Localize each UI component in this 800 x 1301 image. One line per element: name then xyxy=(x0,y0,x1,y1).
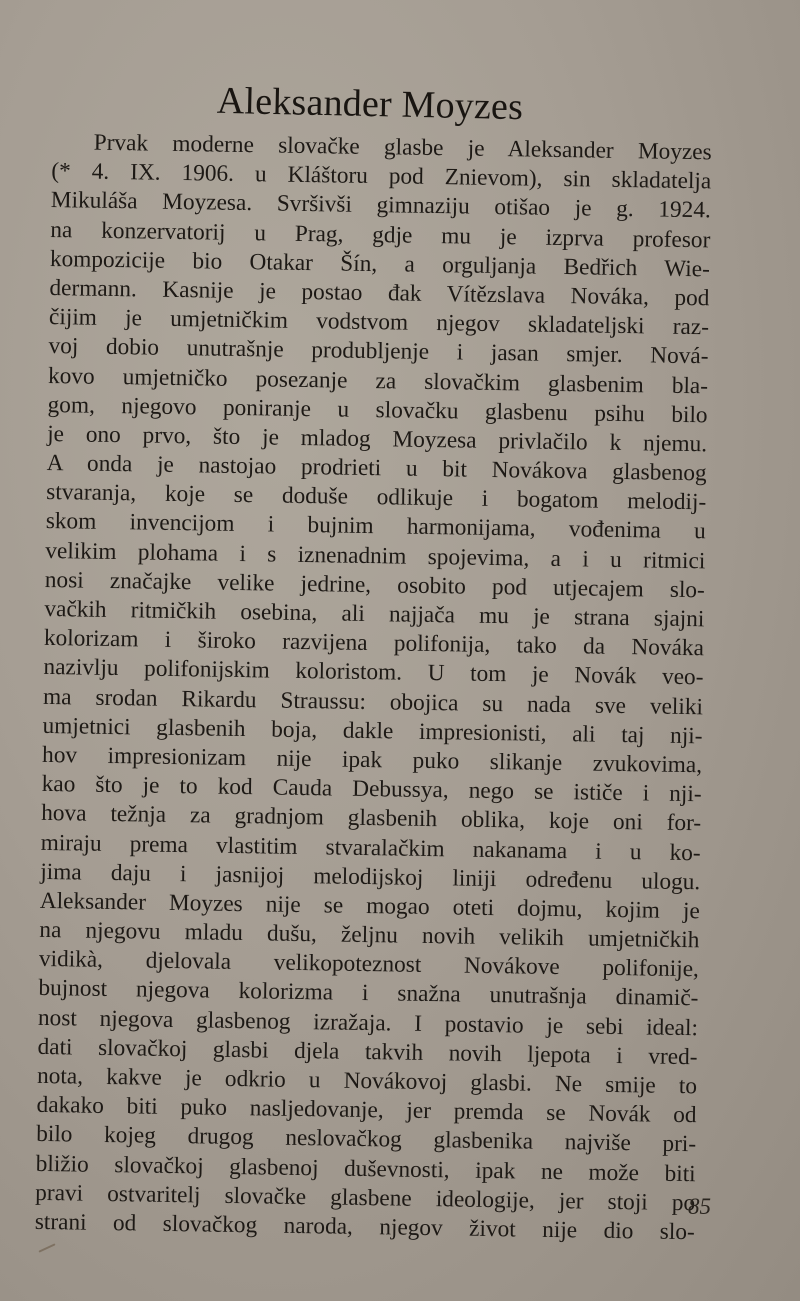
body-text: Prvak moderne slovačke glasbe je Aleksan… xyxy=(35,128,712,1247)
page-title: Aleksander Moyzes xyxy=(0,74,740,133)
book-page: Aleksander Moyzes Prvak moderne slovačke… xyxy=(0,0,800,1301)
page-number: 85 xyxy=(688,1194,711,1220)
paper-fiber-mark xyxy=(38,1243,55,1252)
